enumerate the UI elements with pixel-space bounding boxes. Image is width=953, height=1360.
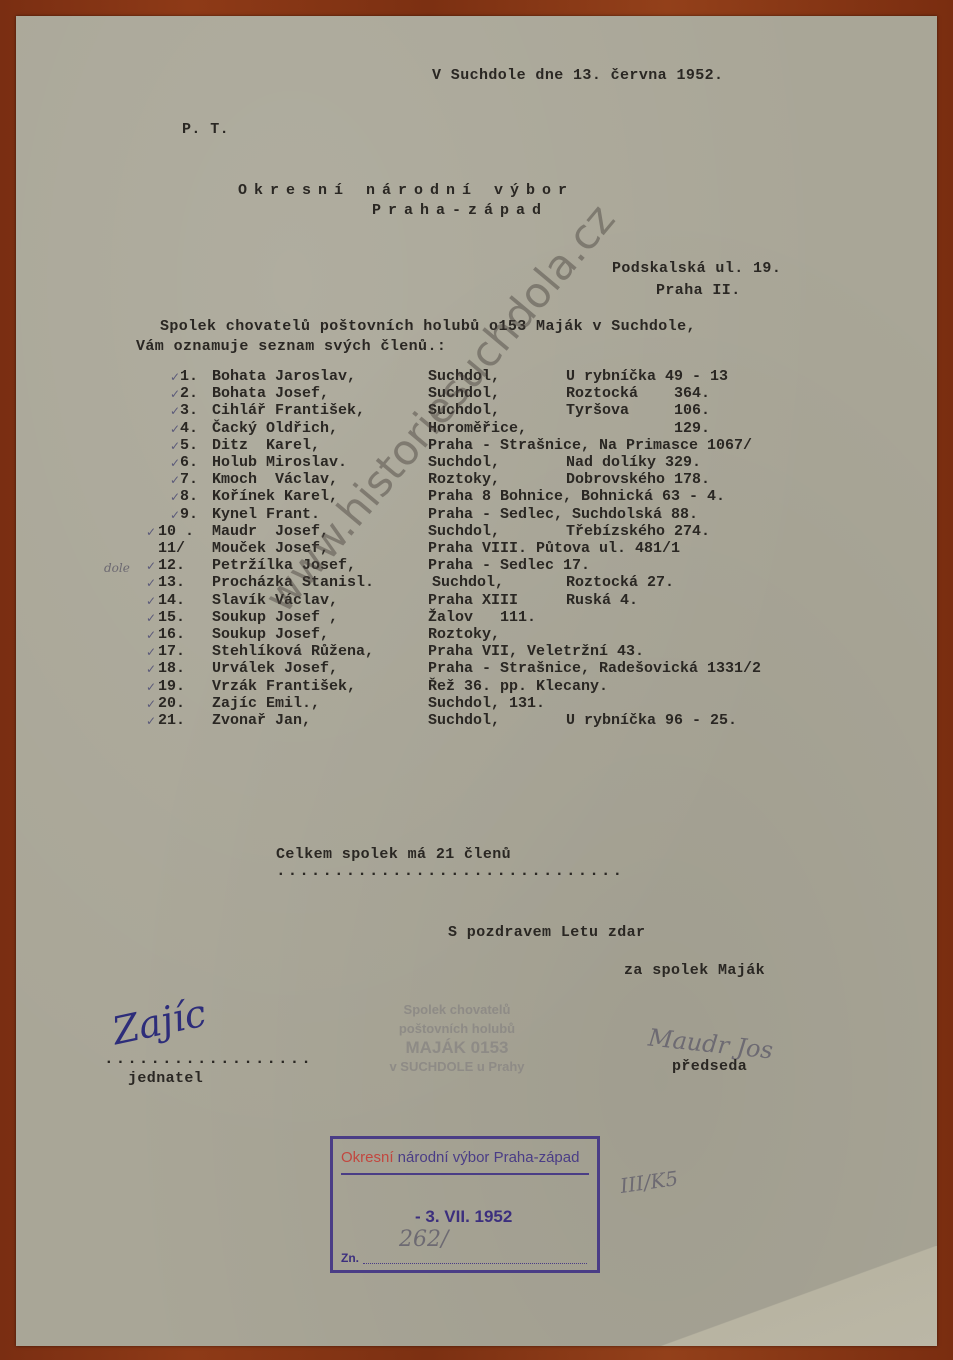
member-address: 129. — [566, 420, 710, 437]
handwritten-note: dole — [104, 561, 130, 575]
club-stamp-line-1: Spolek chovatelů — [372, 1000, 542, 1019]
check-mark-icon: ✓ — [146, 525, 156, 539]
check-mark-icon: ✓ — [170, 404, 180, 418]
member-number: 19. — [158, 678, 185, 695]
member-place: Suchdol, 131. — [428, 695, 545, 712]
club-sign-off: za spolek Maják — [624, 962, 765, 979]
member-number: 14. — [158, 592, 185, 609]
member-place: Žalov — [428, 609, 473, 626]
member-name: Urválek Josef, — [212, 660, 338, 677]
member-address: 111. — [500, 609, 536, 626]
member-place: Suchdol, — [428, 454, 500, 471]
member-address: Třebízského 274. — [566, 523, 710, 540]
check-mark-icon: ✓ — [170, 439, 180, 453]
check-mark-icon: ✓ — [170, 456, 180, 470]
registry-zn-line — [363, 1263, 587, 1264]
intro-line-1: Spolek chovatelů poštovních holubů o153 … — [160, 318, 696, 335]
folded-corner — [657, 1246, 937, 1346]
member-name: Soukup Josef, — [212, 626, 329, 643]
club-stamp: Spolek chovatelů poštovních holubů MAJÁK… — [372, 1000, 542, 1076]
check-mark-icon: ✓ — [146, 697, 156, 711]
member-place: Suchdol, — [428, 712, 500, 729]
total-members-line: Celkem spolek má 21 členů — [276, 846, 511, 863]
member-number: 20. — [158, 695, 185, 712]
check-mark-icon: ✓ — [146, 645, 156, 659]
registry-number: 262/ — [399, 1227, 448, 1252]
club-stamp-line-4: v SUCHDOLE u Prahy — [372, 1057, 542, 1076]
member-name: Bohata Josef, — [212, 385, 329, 402]
check-mark-icon: ✓ — [146, 559, 156, 573]
recipient-name: Okresní národní výbor — [238, 182, 574, 199]
check-mark-icon: ✓ — [170, 508, 180, 522]
member-name: Cihlář František, — [212, 402, 365, 419]
member-name: Vrzák František, — [212, 678, 356, 695]
member-number: 9. — [180, 506, 198, 523]
registry-stamp-divider — [341, 1173, 589, 1175]
member-number: 18. — [158, 660, 185, 677]
member-number: 13. — [158, 574, 185, 591]
member-name: Kynel Frant. — [212, 506, 320, 523]
member-address: U rybníčka 96 - 25. — [566, 712, 737, 729]
member-place: Praha VII, Veletržní 43. — [428, 643, 644, 660]
salutation: P. T. — [182, 121, 229, 138]
member-name: Bohata Jaroslav, — [212, 368, 356, 385]
recipient-city: Praha II. — [656, 282, 741, 299]
member-number: 1. — [180, 368, 198, 385]
member-place: Praha - Sedlec 17. — [428, 557, 590, 574]
registry-stamp-header: Okresní národní výbor Praha-západ — [341, 1149, 579, 1166]
member-number: 3. — [180, 402, 198, 419]
member-number: 8. — [180, 488, 198, 505]
member-place: Praha - Sedlec, Suchdolská 88. — [428, 506, 698, 523]
check-mark-icon: ✓ — [146, 628, 156, 642]
member-address: Roztocká 364. — [566, 385, 710, 402]
member-name: Holub Miroslav. — [212, 454, 347, 471]
secretary-dots: .................. — [104, 1050, 313, 1068]
member-place: Praha VIII. Půtova ul. 481/1 — [428, 540, 680, 557]
registry-zn-label: Zn. — [341, 1251, 359, 1265]
member-address: Ruská 4. — [566, 592, 638, 609]
member-place: Praha 8 Bohnice, Bohnická 63 - 4. — [428, 488, 725, 505]
member-name: Soukup Josef , — [212, 609, 338, 626]
club-stamp-line-3: MAJÁK 0153 — [372, 1038, 542, 1057]
registry-stamp-date: - 3. VII. 1952 — [415, 1207, 512, 1227]
check-mark-icon: ✓ — [146, 576, 156, 590]
member-address: Dobrovského 178. — [566, 471, 710, 488]
recipient-street: Podskalská ul. 19. — [612, 260, 781, 277]
secretary-title: jednatel — [128, 1070, 203, 1087]
member-name: Kořínek Karel, — [212, 488, 338, 505]
member-name: Čacký Oldřich, — [212, 420, 338, 437]
member-place: Řež 36. pp. Klecany. — [428, 678, 608, 695]
check-mark-icon: ✓ — [170, 490, 180, 504]
member-address: Nad dolíky 329. — [566, 454, 701, 471]
member-place: Praha XIII — [428, 592, 518, 609]
recipient-region: Praha-západ — [372, 202, 548, 219]
member-number: 6. — [180, 454, 198, 471]
chairman-title: předseda — [672, 1058, 747, 1075]
club-stamp-line-2: poštovních holubů — [372, 1019, 542, 1038]
member-number: 4. — [180, 420, 198, 437]
check-mark-icon: ✓ — [170, 473, 180, 487]
member-number: 21. — [158, 712, 185, 729]
member-place: Suchdol, — [428, 523, 500, 540]
member-address: U rybníčka 49 - 13 — [566, 368, 728, 385]
member-place: Roztoky, — [428, 471, 500, 488]
member-number: 16. — [158, 626, 185, 643]
member-name: Zvonař Jan, — [212, 712, 311, 729]
date-line: V Suchdole dne 13. června 1952. — [432, 67, 723, 84]
member-place: Roztoky, — [428, 626, 500, 643]
greeting: S pozdravem Letu zdar — [448, 924, 645, 941]
member-number: 17. — [158, 643, 185, 660]
check-mark-icon: ✓ — [146, 714, 156, 728]
check-mark-icon: ✓ — [170, 370, 180, 384]
member-place: Praha - Strašnice, Na Primasce 1067/ — [428, 437, 752, 454]
member-number: 5. — [180, 437, 198, 454]
member-name: Zajíc Emil., — [212, 695, 320, 712]
member-number: 15. — [158, 609, 185, 626]
member-place: Praha - Strašnice, Radešovická 1331/2 — [428, 660, 761, 677]
member-number: 11/ — [158, 540, 185, 557]
member-address: Roztocká 27. — [566, 574, 674, 591]
check-mark-icon: ✓ — [170, 422, 180, 436]
member-number: 10 . — [158, 523, 194, 540]
member-number: 12. — [158, 557, 185, 574]
check-mark-icon: ✓ — [146, 662, 156, 676]
member-number: 2. — [180, 385, 198, 402]
member-address: Tyršova 106. — [566, 402, 710, 419]
total-underline: .............................. — [276, 862, 624, 880]
check-mark-icon: ✓ — [170, 387, 180, 401]
registry-stamp: Okresní národní výbor Praha-západ - 3. V… — [330, 1136, 600, 1273]
member-name: Ditz Karel, — [212, 437, 320, 454]
check-mark-icon: ✓ — [146, 680, 156, 694]
member-place: Suchdol, — [432, 574, 504, 591]
member-number: 7. — [180, 471, 198, 488]
check-mark-icon: ✓ — [146, 594, 156, 608]
intro-line-2: Vám oznamuje seznam svých členů.: — [136, 338, 446, 355]
check-mark-icon: ✓ — [146, 611, 156, 625]
member-name: Kmoch Václav, — [212, 471, 338, 488]
member-name: Stehlíková Růžena, — [212, 643, 374, 660]
